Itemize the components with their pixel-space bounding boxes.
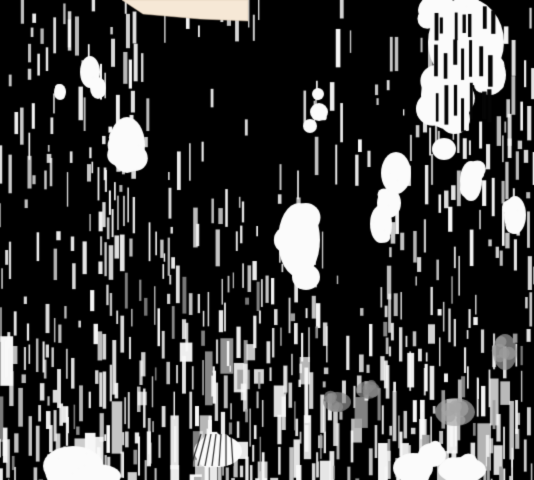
texture-photo-canvas	[0, 0, 534, 480]
abstract-texture-photo	[0, 0, 534, 480]
